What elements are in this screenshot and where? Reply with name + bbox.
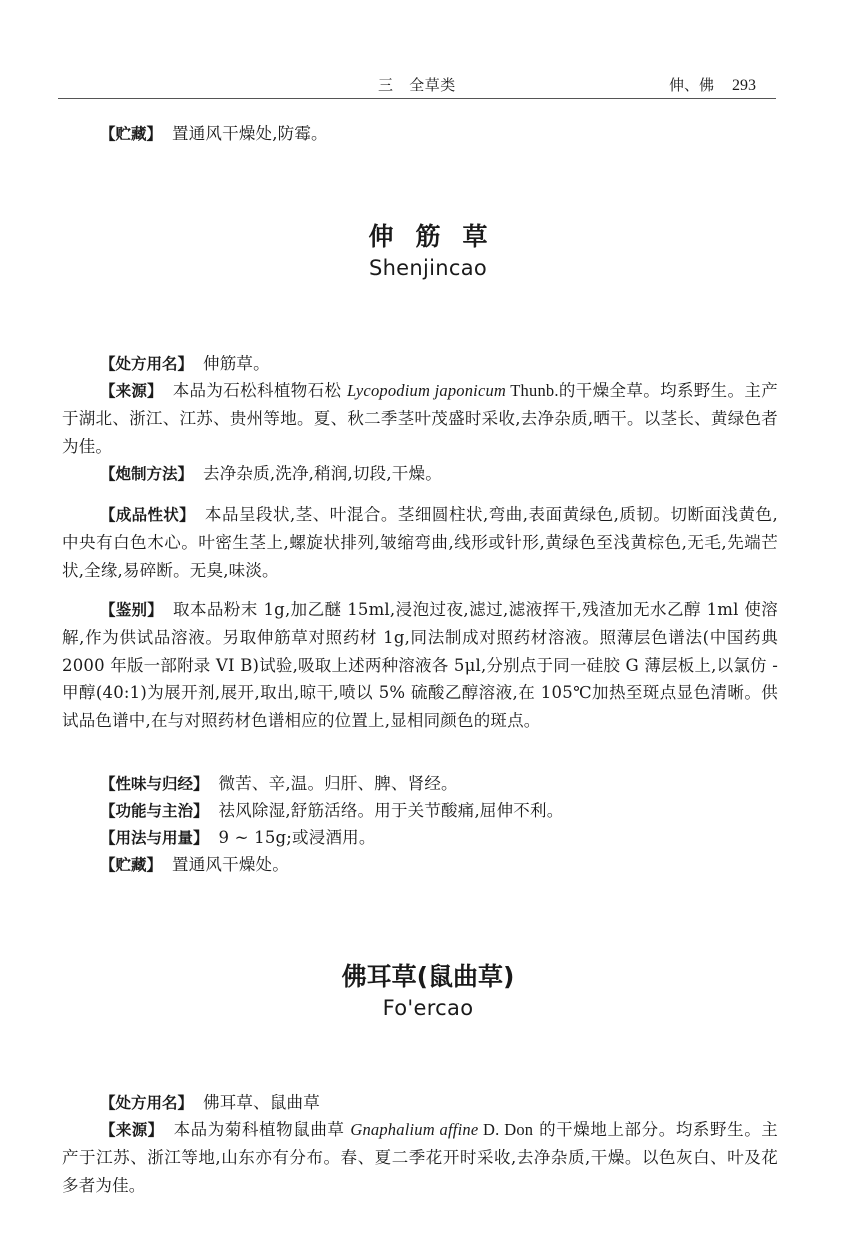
section-text: 置通风干燥处,防霉。 [172,124,328,143]
section-label: 【来源】 [100,382,163,400]
section-label: 【用法与用量】 [100,829,209,847]
entry-pinyin: Fo'ercao [0,996,856,1020]
section-text: 本品为石松科植物石松 [173,381,347,400]
prescription-name: 【处方用名】佛耳草、鼠曲草 [62,1089,778,1117]
author-citation: D. Don [478,1120,533,1139]
section-label: 【鉴别】 [100,601,163,619]
section-label: 【炮制方法】 [100,465,193,483]
section-label: 【来源】 [100,1121,164,1139]
usage-dosage: 【用法与用量】9 ~ 15g;或浸酒用。 [62,824,778,852]
section-text: 本品为菊科植物鼠曲草 [174,1120,351,1139]
latin-name: Gnaphalium affine [350,1120,478,1139]
section-text: 去净杂质,洗净,稍润,切段,干燥。 [203,464,442,483]
source: 【来源】本品为菊科植物鼠曲草 Gnaphalium affine D. Don … [62,1116,778,1199]
author-citation: Thunb. [506,381,559,400]
book-page: 三 全草类 伸、佛293 【贮藏】置通风干燥处,防霉。 伸筋草 Shenjinc… [0,0,856,1239]
section-index: 伸、佛 [669,76,714,94]
section-text: 置通风干燥处。 [172,855,289,874]
section-label: 【处方用名】 [100,1094,193,1112]
identification: 【鉴别】取本品粉末 1g,加乙醚 15ml,浸泡过夜,滤过,滤液挥干,残渣加无水… [62,596,778,734]
running-header: 三 全草类 伸、佛293 [58,72,776,98]
processing-method: 【炮制方法】去净杂质,洗净,稍润,切段,干燥。 [62,460,778,488]
section-label: 【性味与归经】 [100,775,209,793]
section-text: 微苦、辛,温。归肝、脾、肾经。 [219,774,458,793]
carryover-storage: 【贮藏】置通风干燥处,防霉。 [62,120,778,148]
entry-title: 伸筋草 [0,217,856,253]
section-label: 【处方用名】 [100,355,193,373]
section-label: 【成品性状】 [100,506,195,524]
header-right: 伸、佛293 [669,74,756,95]
section-text: 伸筋草。 [203,354,270,373]
chapter-heading: 三 全草类 [378,74,456,95]
page-number: 293 [732,77,756,94]
section-text: 9 ~ 15g;或浸酒用。 [219,828,376,847]
section-text: 取本品粉末 1g,加乙醚 15ml,浸泡过夜,滤过,滤液挥干,残渣加无水乙醇 1… [62,600,778,730]
section-label: 【贮藏】 [100,125,162,143]
section-text: 祛风除湿,舒筋活络。用于关节酸痛,屈伸不利。 [219,801,564,820]
nature-meridian: 【性味与归经】微苦、辛,温。归肝、脾、肾经。 [62,770,778,798]
header-rule [58,98,776,99]
source: 【来源】本品为石松科植物石松 Lycopodium japonicum Thun… [62,377,778,460]
section-text: 佛耳草、鼠曲草 [203,1093,320,1112]
product-characteristics: 【成品性状】本品呈段状,茎、叶混合。茎细圆柱状,弯曲,表面黄绿色,质韧。切断面浅… [62,501,778,584]
latin-name: Lycopodium japonicum [347,381,506,400]
function-indication: 【功能与主治】祛风除湿,舒筋活络。用于关节酸痛,屈伸不利。 [62,797,778,825]
storage: 【贮藏】置通风干燥处。 [62,851,778,879]
section-label: 【贮藏】 [100,856,162,874]
entry-title: 佛耳草(鼠曲草) [0,957,856,993]
prescription-name: 【处方用名】伸筋草。 [62,350,778,378]
entry-pinyin: Shenjincao [0,256,856,280]
section-label: 【功能与主治】 [100,802,209,820]
